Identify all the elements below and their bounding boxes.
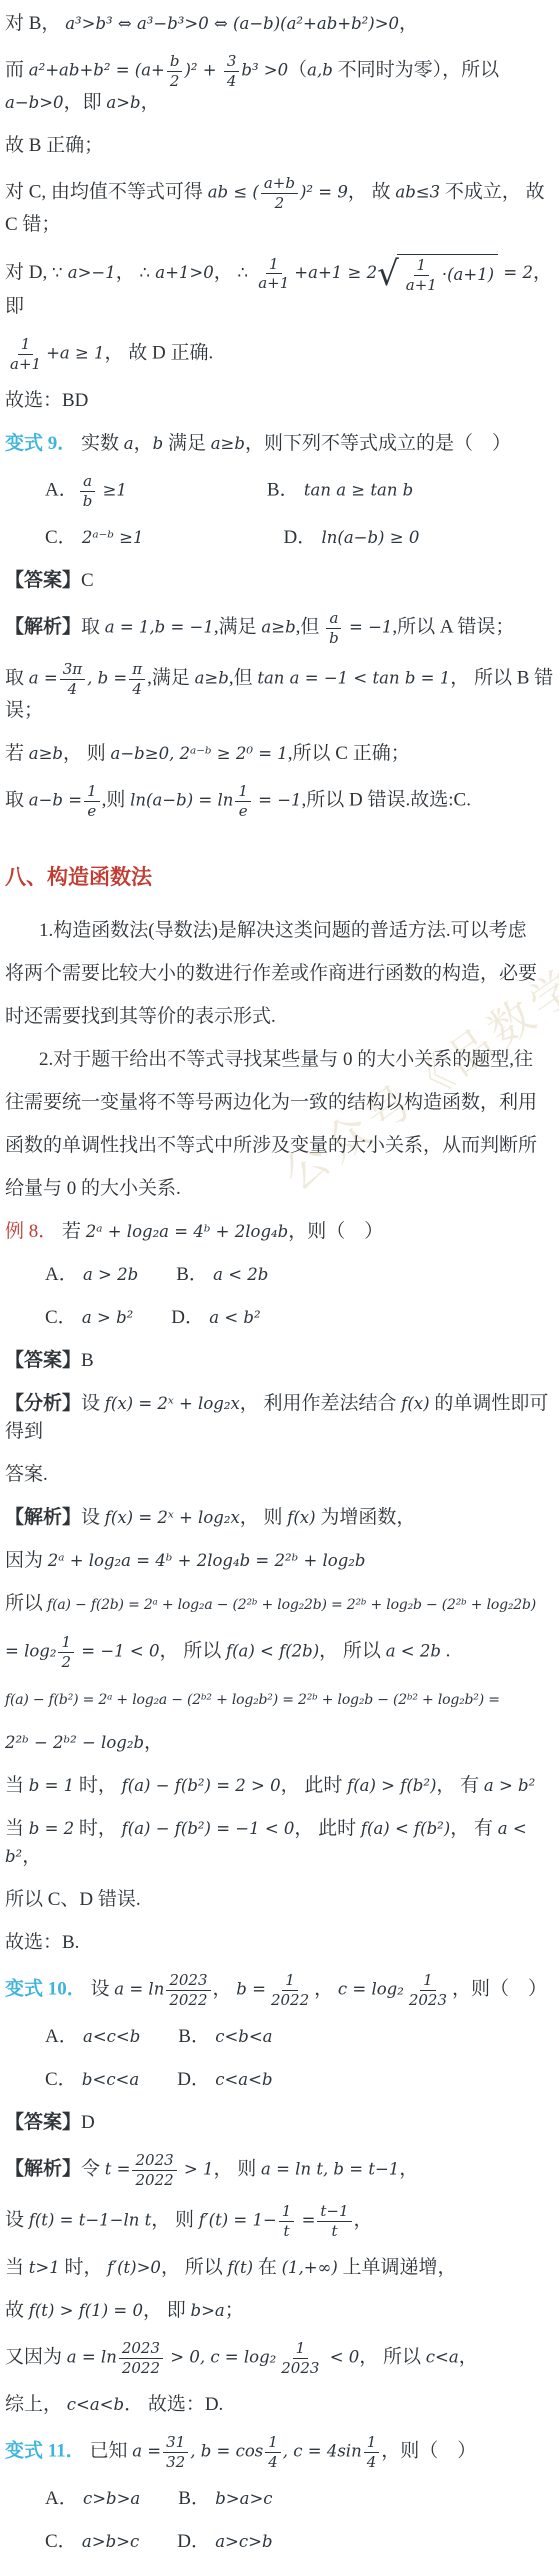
text-segment: 上单调递增， [338, 2257, 457, 2278]
math-expression: f(a) − f(b²) = −1 < 0 [122, 1819, 295, 1838]
text-segment: ， 则 [151, 2209, 199, 2230]
text-segment: 取 [81, 616, 105, 637]
text-segment: 函数的单调性找出不等式中所涉及变量的大小关系，从而判断所 [5, 1135, 537, 1156]
math-expression: a≥b [211, 434, 245, 453]
section-heading: 八、构造函数法 [5, 863, 557, 891]
options-row: C． b<c<aD． c<a<b [45, 2066, 557, 2094]
text-segment: 不同时为零），所以 [333, 59, 499, 80]
solution-line: 若 a≥b， 则 a−b≥0, 2ᵃ⁻ᵇ ≥ 2⁰ = 1,所以 C 正确； [5, 740, 557, 768]
math-expression: f(a) − f(b²) = 2 > 0 [122, 1776, 281, 1795]
math-expression: )² = 9 [300, 182, 348, 201]
fraction: 14 [364, 2434, 380, 2470]
text-segment: ， [459, 2346, 478, 2367]
math-expression: c<b<a [210, 2027, 273, 2046]
math-expression: ≥1 [97, 480, 127, 499]
text-segment: ， 故 [348, 181, 396, 202]
text-segment: 设 [86, 1978, 115, 1999]
fraction: 20232022 [119, 2340, 163, 2376]
method-note-line: 给量与 0 的大小关系. [5, 1175, 557, 1203]
text-segment: 所以 C、D 错误. [5, 1889, 141, 1910]
text-segment: ， [141, 92, 160, 113]
solution-line: 2²ᵇ − 2ᵇ² − log₂b， [5, 1729, 557, 1757]
options-row: A． a > 2bB． a < 2b [45, 1261, 557, 1289]
fraction: 1a+1 [255, 256, 292, 292]
text-segment: ， 则 [63, 743, 111, 764]
text-segment: 【答案】 [5, 2112, 81, 2133]
answer-line: 【答案】D [5, 2109, 557, 2137]
fraction: a+b2 [261, 175, 298, 211]
text-segment: A． [45, 479, 78, 500]
text-segment: 【答案】 [5, 1350, 81, 1371]
method-note-line: 2.对于题干给出不等式寻找某些量与 0 的大小关系的题型,往 [5, 1046, 557, 1074]
text-segment: 又因为 [5, 2346, 67, 2367]
math-expression: ln(a−b) ≥ 0 [316, 528, 419, 547]
math-expression: a,b [307, 60, 333, 79]
text-segment: 对 B， [5, 13, 65, 34]
variation-10-problem: 变式 10． 设 a = ln20232022， b =12022， c = l… [5, 1972, 557, 2008]
math-expression: c<a [426, 2347, 459, 2366]
text-segment: ， 所以 [359, 2346, 426, 2367]
math-expression: a>b [106, 93, 140, 112]
fraction: 12023 [278, 2340, 322, 2376]
math-expression: f(x) = 2ˣ + log₂x [105, 1508, 240, 1527]
analysis-line: 答案. [5, 1461, 557, 1489]
math-expression: f′(t) = 1− [199, 2210, 277, 2229]
variation-9-problem: 变式 9． 实数 a，b 满足 a≥b，则下列不等式成立的是（ ） [5, 430, 557, 458]
text-segment: B． [176, 1264, 208, 1285]
math-expression: a>c>b [210, 2532, 273, 2551]
solution-line-b3: 故 B 正确； [5, 132, 557, 160]
options-row: C． 2ᵃ⁻ᵇ ≥1D． ln(a−b) ≥ 0 [45, 524, 557, 552]
text-segment: . [441, 1640, 451, 1661]
math-expression: f(a) < f(2b) [226, 1641, 319, 1660]
text-segment: 所以 [5, 1593, 47, 1614]
text-segment: ，则下列不等式成立的是（ ） [245, 433, 511, 454]
text-segment: 2.对于题干给出不等式寻找某些量与 0 的大小关系的题型,往 [39, 1049, 533, 1070]
text-segment: 当 [5, 1775, 29, 1796]
text-segment: 答案. [5, 1464, 48, 1485]
text-segment: C [81, 570, 94, 591]
solution-line: 当 b = 2 时， f(a) − f(b²) = −1 < 0， 此时 f(a… [5, 1815, 557, 1871]
text-segment: ， 即 [143, 2300, 191, 2321]
math-expression: t = [105, 2159, 131, 2178]
text-segment: 对 D, [5, 262, 52, 283]
text-segment: ． 故选：D. [124, 2394, 223, 2415]
text-segment: ， [144, 1732, 163, 1753]
fraction: ab [326, 610, 342, 646]
math-expression: ∴ a+1>0 [139, 263, 213, 282]
math-expression: b = [236, 1979, 266, 1998]
math-expression: b [153, 434, 164, 453]
solution-line: 取 a−b =1e,则 ln(a−b) = ln1e = −1,所以 D 错误.… [5, 783, 557, 819]
math-expression: a [124, 434, 134, 453]
text-segment: ， [399, 2158, 418, 2179]
math-expression: a−b≥0, 2ᵃ⁻ᵇ ≥ 2⁰ = 1 [111, 744, 288, 763]
text-segment: ,所以 C 正确； [288, 743, 410, 764]
text-segment: ， 则 [240, 1507, 288, 1528]
math-expression: a−b = [29, 790, 82, 809]
text-segment: 【分析】 [5, 1393, 81, 1414]
math-expression: ·(a+1) [442, 261, 494, 289]
text-segment: （ [288, 59, 307, 80]
math-expression: tan a ≥ tan b [299, 480, 414, 499]
solution-line: 【解析】取 a = 1,b = −1,满足 a≥b,但 ab = −1,所以 A… [5, 610, 557, 646]
text-segment: ，则（ ） [288, 1221, 383, 1242]
math-expression: (1,+∞) [282, 2258, 338, 2277]
math-expression: )² + [184, 60, 221, 79]
text-segment: C． [45, 1307, 77, 1328]
text-segment: D [81, 2112, 95, 2133]
text-segment: ， 有 [450, 1818, 498, 1839]
text-segment: ， 利用作差法结合 [240, 1393, 402, 1414]
math-expression: a < b² [204, 1308, 261, 1327]
text-segment: ， [214, 262, 238, 283]
text-segment: B． [178, 2026, 210, 2047]
square-root: √1a+1·(a+1) [377, 254, 498, 293]
final-answer-line: 综上， c<a<b． 故选：D. [5, 2391, 557, 2419]
method-note-line: 往需要统一变量将不等号两边化为一致的结构以构造函数，利用 [5, 1089, 557, 1117]
math-expression: a−b>0 [5, 93, 64, 112]
math-expression: a = ln t, b = t−1 [261, 2159, 399, 2178]
math-expression: < 0 [324, 2347, 359, 2366]
math-expression: a>b>c [77, 2532, 140, 2551]
text-segment: ， 此时 [281, 1775, 348, 1796]
math-expression: f(x) [401, 1394, 429, 1413]
fraction: 12 [58, 1634, 74, 1670]
text-segment: C． [45, 2531, 77, 2552]
solution-line: 当 t>1 时， f′(t)>0， 所以 f(t) 在 (1,+∞) 上单调递增… [5, 2254, 557, 2282]
text-segment: 【解析】 [5, 1507, 81, 1528]
math-expression: 2ᵃ⁻ᵇ ≥1 [77, 528, 144, 547]
method-note-line: 将两个需要比较大小的数进行作差或作商进行函数的构造，必要 [5, 960, 557, 988]
text-segment: D． [284, 527, 317, 548]
math-expression: a≥b [29, 744, 63, 763]
math-expression: ∴ [237, 263, 253, 282]
solution-line-d: 对 D, ∵ a>−1， ∴ a+1>0， ∴ 1a+1+a+1 ≥ 2√1a+… [5, 254, 557, 321]
text-segment: 【解析】 [5, 616, 81, 637]
analysis-line: 【分析】设 f(x) = 2ˣ + log₂x， 利用作差法结合 f(x) 的单… [5, 1390, 557, 1446]
math-expression: a³>b³ ⇔ a³−b³>0 ⇔ (a−b)(a²+ab+b²)>0 [65, 14, 399, 33]
math-expression: b³ >0 [241, 60, 288, 79]
text-segment: 【解析】 [5, 2158, 81, 2179]
text-segment: 故 [5, 2300, 29, 2321]
text-segment: ， 则 [214, 2158, 262, 2179]
text-segment: 八、构造函数法 [5, 865, 152, 889]
math-expression: a > 2b [78, 1265, 138, 1284]
math-expression: f(a) − f(b²) = 2ᵃ + log₂a − (2ᵇ² + log₂b… [5, 1692, 500, 1708]
solution-line-b: 对 B， a³>b³ ⇔ a³−b³>0 ⇔ (a−b)(a²+ab+b²)>0… [5, 10, 557, 38]
math-expression: f(a) > f(b²) [347, 1776, 436, 1795]
text-segment: ； [225, 2300, 244, 2321]
solution-line: 当 b = 1 时， f(a) − f(b²) = 2 > 0， 此时 f(a)… [5, 1772, 557, 1800]
fraction: 1e [235, 783, 251, 819]
fraction: 3π4 [60, 661, 85, 697]
text-segment: ,所以 A 错误； [392, 616, 514, 637]
options-row: C． a > b²D． a < b² [45, 1304, 557, 1332]
fraction: 34 [224, 53, 240, 89]
text-segment: D． [177, 2069, 210, 2090]
text-segment: A． [45, 2488, 78, 2509]
fraction: 14 [265, 2434, 281, 2470]
math-expression: b>a>c [210, 2489, 273, 2508]
text-segment: 故 B 正确； [5, 135, 103, 156]
text-segment: 令 [81, 2158, 105, 2179]
options-row: A． c>b>aB． b>a>c [45, 2485, 557, 2513]
math-expression: f(x) = 2ˣ + log₂x [105, 1394, 240, 1413]
fraction: b2 [167, 53, 183, 89]
math-expression: f(a) − f(2b) = 2ᵃ + log₂a − (2²ᵇ + log₂2… [47, 1597, 536, 1613]
math-expression: +a+1 ≥ 2 [294, 263, 377, 282]
variation-11-problem: 变式 11． 已知 a =3132, b = cos14, c = 4sin14… [5, 2434, 557, 2470]
text-segment: 而 [5, 59, 29, 80]
fraction: π4 [129, 661, 145, 697]
text-segment: 设 [5, 2209, 29, 2230]
text-segment: 对 C, 由均值不等式可得 [5, 181, 208, 202]
solution-line: 所以 f(a) − f(2b) = 2ᵃ + log₂a − (2²ᵇ + lo… [5, 1590, 557, 1619]
text-segment: A． [45, 1264, 78, 1285]
method-note-line: 1.构造函数法(导数法)是解决这类问题的普适方法.可以考虑 [5, 917, 557, 945]
text-segment: 已知 [85, 2440, 133, 2461]
math-expression: a = ln [67, 2347, 117, 2366]
math-expression: a > b² [77, 1308, 134, 1327]
text-segment: 若 [5, 743, 29, 764]
math-expression: a = ln [114, 1979, 164, 1998]
text-segment: 当 [5, 1818, 29, 1839]
math-expression: a = [132, 2441, 161, 2460]
text-segment: ，则（ ） [452, 1978, 547, 1999]
solution-line-b2: 而 a²+ab+b² = (a+b2)² + 34b³ >0（a,b 不同时为零… [5, 53, 557, 117]
text-segment: 例 8． [5, 1221, 57, 1242]
solution-line: 取 a =3π4, b =π4,满足 a≥b,但 tan a = −1 < ta… [5, 661, 557, 725]
math-expression: a < 2b [208, 1265, 268, 1284]
fraction: 1a+1 [7, 336, 44, 372]
solution-line: 故 f(t) > f(1) = 0， 即 b>a； [5, 2297, 557, 2325]
math-expression: +a ≥ 1 [46, 343, 104, 362]
solution-line-d2: 1a+1+a ≥ 1， 故 D 正确. [5, 336, 557, 372]
text-segment: 实数 [76, 433, 124, 454]
example-8-problem: 例 8． 若 2ᵃ + log₂a = 4ᵇ + 2log₄b，则（ ） [5, 1218, 557, 1246]
math-expression: a≥b [261, 617, 295, 636]
final-answer-line: 故选：B. [5, 1929, 557, 1957]
math-expression: f(t) = t−1−ln t [29, 2210, 152, 2229]
text-segment: 变式 11． [5, 2440, 85, 2461]
text-segment: 时还需要找到其等价的表示形式. [5, 1006, 276, 1027]
math-expression: a<c<b [78, 2027, 141, 2046]
text-segment: B． [267, 479, 299, 500]
text-segment: ,则 [102, 789, 131, 810]
text-segment: 变式 10． [5, 1978, 86, 1999]
math-expression: = −1 [253, 790, 302, 809]
text-segment: B [81, 1350, 94, 1371]
text-segment: A． [45, 2026, 78, 2047]
math-expression: = −1 [344, 617, 393, 636]
text-segment: 变式 9． [5, 433, 76, 454]
text-segment: 将两个需要比较大小的数进行作差或作商进行函数的构造，必要 [5, 963, 537, 984]
text-segment: D． [171, 1307, 204, 1328]
method-note-line: 函数的单调性找出不等式中所涉及变量的大小关系，从而判断所 [5, 1132, 557, 1160]
math-expression: ab ≤ ( [208, 182, 259, 201]
text-segment: ， 所以 [159, 1640, 226, 1661]
math-expression: tan a = −1 < tan b = 1 [257, 668, 450, 687]
math-expression: c<a<b [67, 2395, 124, 2414]
text-segment: ,但 [229, 667, 258, 688]
math-expression: = log₂ [5, 1641, 56, 1660]
fraction: 3132 [163, 2434, 188, 2470]
math-expression: c<a<b [210, 2070, 273, 2089]
solution-line: = log₂12 = −1 < 0， 所以 f(a) < f(2b)， 所以 a… [5, 1634, 557, 1670]
math-expression: c>b>a [78, 2489, 141, 2508]
text-segment: 因为 [5, 1550, 48, 1571]
math-expression: , c = 4sin [283, 2441, 362, 2460]
math-expression: 2ᵃ + log₂a = 4ᵇ + 2log₄b = 2²ᵇ + log₂b [48, 1551, 366, 1570]
text-segment: ,所以 D 错误.故选:C. [302, 789, 471, 810]
solution-line: 【解析】令 t =20232022 > 1， 则 a = ln t, b = t… [5, 2152, 557, 2188]
text-segment: D． [177, 2531, 210, 2552]
math-expression: a = 1,b = −1 [105, 617, 214, 636]
text-segment: ，即 [64, 92, 107, 113]
text-segment: 时， [74, 1775, 122, 1796]
math-expression: b<c<a [77, 2070, 140, 2089]
text-segment: ， 有 [436, 1775, 484, 1796]
text-segment: ， [134, 433, 153, 454]
math-expression: 2ᵃ + log₂a = 4ᵇ + 2log₄b [86, 1222, 288, 1241]
math-expression: a²+ab+b² = (a+ [29, 60, 165, 79]
math-expression: ∵ a>−1 [52, 263, 116, 282]
text-segment: 设 [81, 1393, 105, 1414]
solution-line: f(a) − f(b²) = 2ᵃ + log₂a − (2ᵇ² + log₂b… [5, 1685, 557, 1714]
text-segment: ,但 [296, 616, 325, 637]
text-segment: ， 所以 [161, 2257, 228, 2278]
text-segment: ， 所以 [319, 1640, 386, 1661]
fraction: 12023 [406, 1972, 450, 2008]
math-expression: a = [29, 668, 58, 687]
options-row: A．ab ≥1B． tan a ≥ tan b [45, 473, 557, 509]
text-segment: 取 [5, 667, 29, 688]
fraction: 1a+1 [403, 257, 440, 293]
text-segment: 若 [57, 1221, 86, 1242]
text-segment: ， [354, 2209, 373, 2230]
text-segment: ,满足 [147, 667, 195, 688]
math-expression: > 0, c = log₂ [165, 2347, 276, 2366]
math-expression: > 1 [179, 2159, 214, 2178]
text-segment: 满足 [163, 433, 211, 454]
text-segment: 时， [74, 1818, 122, 1839]
text-segment: B． [178, 2488, 210, 2509]
text-segment: C． [45, 2069, 77, 2090]
math-expression: b = 1 [29, 1776, 74, 1795]
text-segment: 在 [253, 2257, 282, 2278]
math-expression: f(t) > f(1) = 0 [29, 2301, 143, 2320]
text-segment: 故选：BD [5, 390, 88, 411]
text-segment: ,满足 [214, 616, 262, 637]
math-expression: , b = cos [190, 2441, 263, 2460]
math-expression: , b = [87, 668, 127, 687]
text-segment: 往需要统一变量将不等号两边化为一致的结构以构造函数，利用 [5, 1092, 537, 1113]
text-segment: 取 [5, 789, 29, 810]
text-segment: 故选：B. [5, 1932, 79, 1953]
math-expression: = 2 [498, 263, 533, 282]
text-segment: 【答案】 [5, 570, 81, 591]
math-expression: ln(a−b) = ln [130, 790, 233, 809]
options-row: C． a>b>cD． a>c>b [45, 2528, 557, 2556]
text-segment: ，则（ ） [381, 2440, 476, 2461]
math-expression: b = 2 [29, 1819, 74, 1838]
options-row: A． a<c<bB． c<b<a [45, 2023, 557, 2051]
math-expression: f(x) [287, 1508, 315, 1527]
math-expression: f(a) < f(b²) [361, 1819, 450, 1838]
solution-line: 设 f(t) = t−1−ln t， 则 f′(t) = 1−1t =t−1t， [5, 2203, 557, 2239]
math-expression: b>a [191, 2301, 225, 2320]
text-segment: 当 [5, 2257, 29, 2278]
text-segment: ， 故 D 正确. [105, 342, 214, 363]
fraction: 20232022 [132, 2152, 176, 2188]
answer-line: 【答案】B [5, 1347, 557, 1375]
math-expression: f(t) [227, 2258, 253, 2277]
text-segment: ， 此时 [294, 1818, 361, 1839]
math-expression: c = log₂ [338, 1979, 404, 1998]
solution-line: 【解析】设 f(x) = 2ˣ + log₂x， 则 f(x) 为增函数， [5, 1504, 557, 1532]
math-expression: = −1 < 0 [76, 1641, 159, 1660]
text-segment: ， [399, 13, 418, 34]
text-segment: 时， [60, 2257, 108, 2278]
text-segment: ， [213, 1978, 237, 1999]
math-expression: = [296, 2210, 315, 2229]
text-segment: 综上， [5, 2394, 67, 2415]
math-expression: f′(t)>0 [107, 2258, 161, 2277]
solution-line-c: 对 C, 由均值不等式可得 ab ≤ (a+b2)² = 9， 故 ab≤3 不… [5, 175, 557, 239]
fraction: 1e [84, 783, 100, 819]
text-segment: 为增函数， [316, 1507, 416, 1528]
math-expression: ab≤3 [395, 182, 440, 201]
text-segment: 设 [81, 1507, 105, 1528]
math-expression: a > b² [484, 1776, 535, 1795]
text-segment: ， [116, 262, 140, 283]
text-segment: ， [22, 1846, 41, 1867]
final-answer-line: 故选：BD [5, 387, 557, 415]
math-expression: t>1 [29, 2258, 60, 2277]
fraction: ab [80, 473, 96, 509]
solution-line: 因为 2ᵃ + log₂a = 4ᵇ + 2log₄b = 2²ᵇ + log₂… [5, 1547, 557, 1575]
solution-line: 又因为 a = ln20232022 > 0, c = log₂12023 < … [5, 2340, 557, 2376]
text-segment: C． [45, 527, 77, 548]
document-body: 对 B， a³>b³ ⇔ a³−b³>0 ⇔ (a−b)(a²+ab+b²)>0… [5, 10, 557, 2556]
text-segment: ， [314, 1978, 338, 1999]
fraction: 1t [279, 2203, 295, 2239]
solution-line: 所以 C、D 错误. [5, 1886, 557, 1914]
fraction: 12022 [268, 1972, 312, 2008]
text-segment: 给量与 0 的大小关系. [5, 1178, 181, 1199]
math-expression: 2²ᵇ − 2ᵇ² − log₂b [5, 1733, 144, 1752]
answer-line: 【答案】C [5, 567, 557, 595]
method-note-line: 时还需要找到其等价的表示形式. [5, 1003, 557, 1031]
math-expression: a < 2b [386, 1641, 441, 1660]
fraction: 20232022 [166, 1972, 210, 2008]
fraction: t−1t [317, 2203, 351, 2239]
text-segment: 1.构造函数法(导数法)是解决这类问题的普适方法.可以考虑 [39, 920, 527, 941]
math-expression: a≥b [195, 668, 229, 687]
